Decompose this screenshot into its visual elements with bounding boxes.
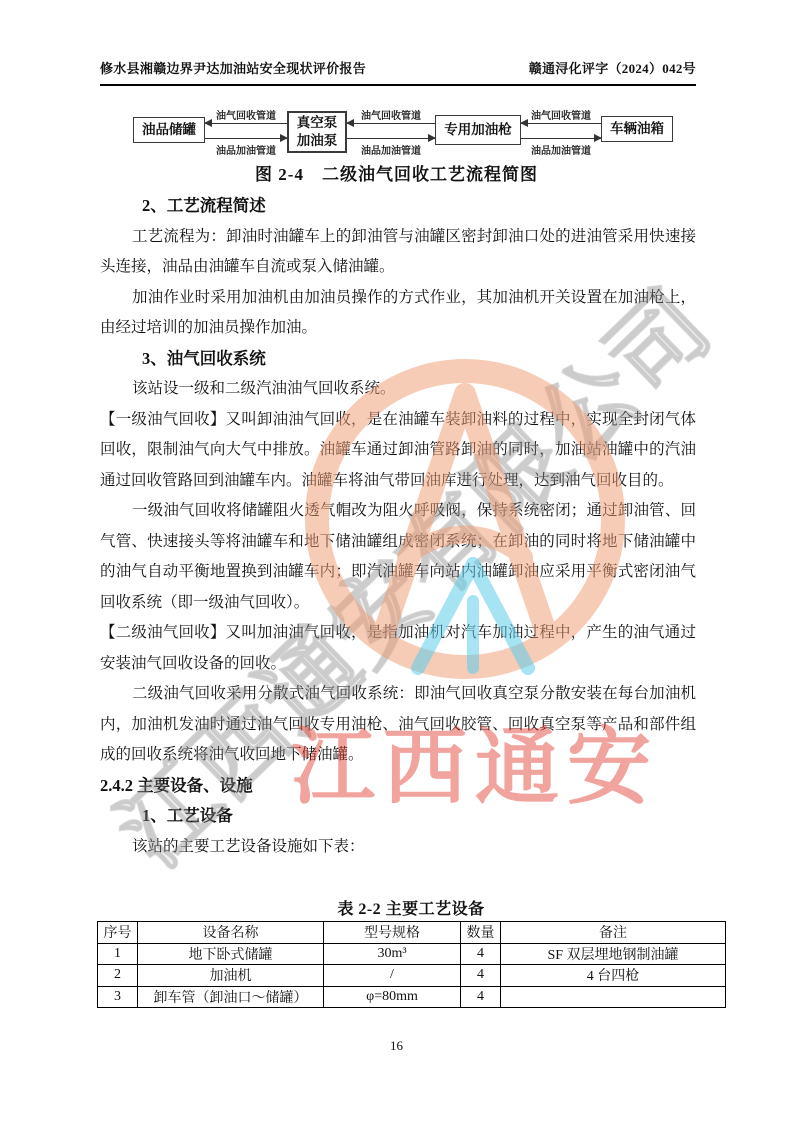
table-cell: 4	[461, 943, 501, 965]
section-heading: 3、油气回收系统	[142, 344, 696, 375]
table-caption: 表 2-2 主要工艺设备	[97, 896, 725, 919]
pipe-label-vapor-recovery: 油气回收管道	[205, 107, 287, 122]
diagram-connector-1: 油气回收管道 油品加油管道	[205, 106, 287, 156]
pipe-label-vapor-recovery: 油气回收管道	[521, 107, 601, 122]
vapor-pipe-arrow-left	[347, 123, 435, 124]
table-cell: 3	[98, 986, 138, 1008]
table-header: 序号	[98, 922, 138, 944]
table-cell: 地下卧式储罐	[138, 943, 324, 965]
paragraph: 该站的主要工艺设备设施如下表：	[100, 832, 696, 863]
table-cell: 4 台四枪	[501, 965, 726, 987]
diagram-box-label: 专用加油枪	[436, 121, 520, 139]
diagram-box-vehicle-fuel-tank: 车辆油箱	[601, 116, 673, 142]
pipe-label-vapor-recovery: 油气回收管道	[347, 107, 435, 122]
paragraph: 加油作业时采用加油机由加油员操作的方式作业，其加油机开关设置在加油枪上，由经过培…	[100, 283, 696, 344]
oil-pipe-arrow-right	[205, 138, 287, 139]
table-cell: 4	[461, 986, 501, 1008]
table-cell: 30m³	[324, 943, 461, 965]
vapor-recovery-flow-diagram: 油品储罐 油气回收管道 油品加油管道 真空泵 加油泵 油气回收管道 油品加油管道…	[100, 106, 696, 158]
table-header: 数量	[461, 922, 501, 944]
table-row: 1 地下卧式储罐 30m³ 4 SF 双层埋地钢制油罐	[98, 943, 726, 965]
oil-pipe-arrow-right	[347, 138, 435, 139]
oil-pipe-arrow-right	[521, 138, 601, 139]
document-page: 修水县湘赣边界尹达加油站安全现状评价报告 赣通浔化评字（2024）042号 油品…	[0, 0, 793, 1122]
vapor-pipe-arrow-left	[205, 123, 287, 124]
pipe-label-oil-filling: 油品加油管道	[521, 142, 601, 157]
table-cell: 卸车管（卸油口～储罐）	[138, 986, 324, 1008]
table-header: 备注	[501, 922, 726, 944]
document-body: 2、工艺流程简述 工艺流程为：卸油时油罐车上的卸油管与油罐区密封卸油口处的进油管…	[100, 191, 696, 862]
diagram-box-label: 加油泵	[289, 132, 345, 150]
equipment-table: 序号 设备名称 型号规格 数量 备注 1 地下卧式储罐 30m³ 4 SF 双层…	[97, 921, 726, 1008]
diagram-box-vacuum-pump: 真空泵 加油泵	[287, 111, 347, 153]
vapor-pipe-arrow-left	[521, 123, 601, 124]
paragraph: 【一级油气回收】又叫卸油油气回收，是在油罐车装卸油料的过程中，实现全封闭气体回收…	[100, 405, 696, 497]
table-cell	[501, 986, 726, 1008]
report-title: 修水县湘赣边界尹达加油站安全现状评价报告	[100, 58, 366, 77]
pipe-label-oil-filling: 油品加油管道	[347, 142, 435, 157]
section-heading: 2.4.2 主要设备、设施	[100, 771, 696, 802]
table-cell: /	[324, 965, 461, 987]
table-row: 2 加油机 / 4 4 台四枪	[98, 965, 726, 987]
diagram-box-label: 车辆油箱	[602, 120, 672, 138]
section-heading: 1、工艺设备	[142, 801, 696, 832]
paragraph: 一级油气回收将储罐阻火透气帽改为阻火呼吸阀，保持系统密闭；通过卸油管、回气管、快…	[100, 496, 696, 618]
table-header: 型号规格	[324, 922, 461, 944]
table-header-row: 序号 设备名称 型号规格 数量 备注	[98, 922, 726, 944]
diagram-box-label: 真空泵	[289, 114, 345, 132]
paragraph: 工艺流程为：卸油时油罐车上的卸油管与油罐区密封卸油口处的进油管采用快速接头连接，…	[100, 222, 696, 283]
diagram-connector-2: 油气回收管道 油品加油管道	[347, 106, 435, 156]
table-cell: φ=80mm	[324, 986, 461, 1008]
table-cell: 4	[461, 965, 501, 987]
table-cell: 1	[98, 943, 138, 965]
section-heading: 2、工艺流程简述	[142, 191, 696, 222]
paragraph: 该站设一级和二级汽油油气回收系统。	[100, 374, 696, 405]
table-header: 设备名称	[138, 922, 324, 944]
paragraph: 二级油气回收采用分散式油气回收系统：即油气回收真空泵分散安装在每台加油机内，加油…	[100, 679, 696, 771]
diagram-box-fuel-nozzle: 专用加油枪	[435, 115, 521, 145]
page-number: 16	[0, 1038, 793, 1054]
page-header: 修水县湘赣边界尹达加油站安全现状评价报告 赣通浔化评字（2024）042号	[100, 58, 696, 86]
diagram-connector-3: 油气回收管道 油品加油管道	[521, 106, 601, 156]
table-cell: 2	[98, 965, 138, 987]
diagram-box-oil-storage-tank: 油品储罐	[133, 117, 205, 143]
pipe-label-oil-filling: 油品加油管道	[205, 142, 287, 157]
table-cell: 加油机	[138, 965, 324, 987]
figure-caption: 图 2-4 二级油气回收工艺流程简图	[0, 160, 793, 185]
paragraph: 【二级油气回收】又叫加油油气回收，是指加油机对汽车加油过程中，产生的油气通过安装…	[100, 618, 696, 679]
table-cell: SF 双层埋地钢制油罐	[501, 943, 726, 965]
document-number: 赣通浔化评字（2024）042号	[529, 58, 696, 77]
diagram-box-label: 油品储罐	[134, 121, 204, 139]
table-row: 3 卸车管（卸油口～储罐） φ=80mm 4	[98, 986, 726, 1008]
